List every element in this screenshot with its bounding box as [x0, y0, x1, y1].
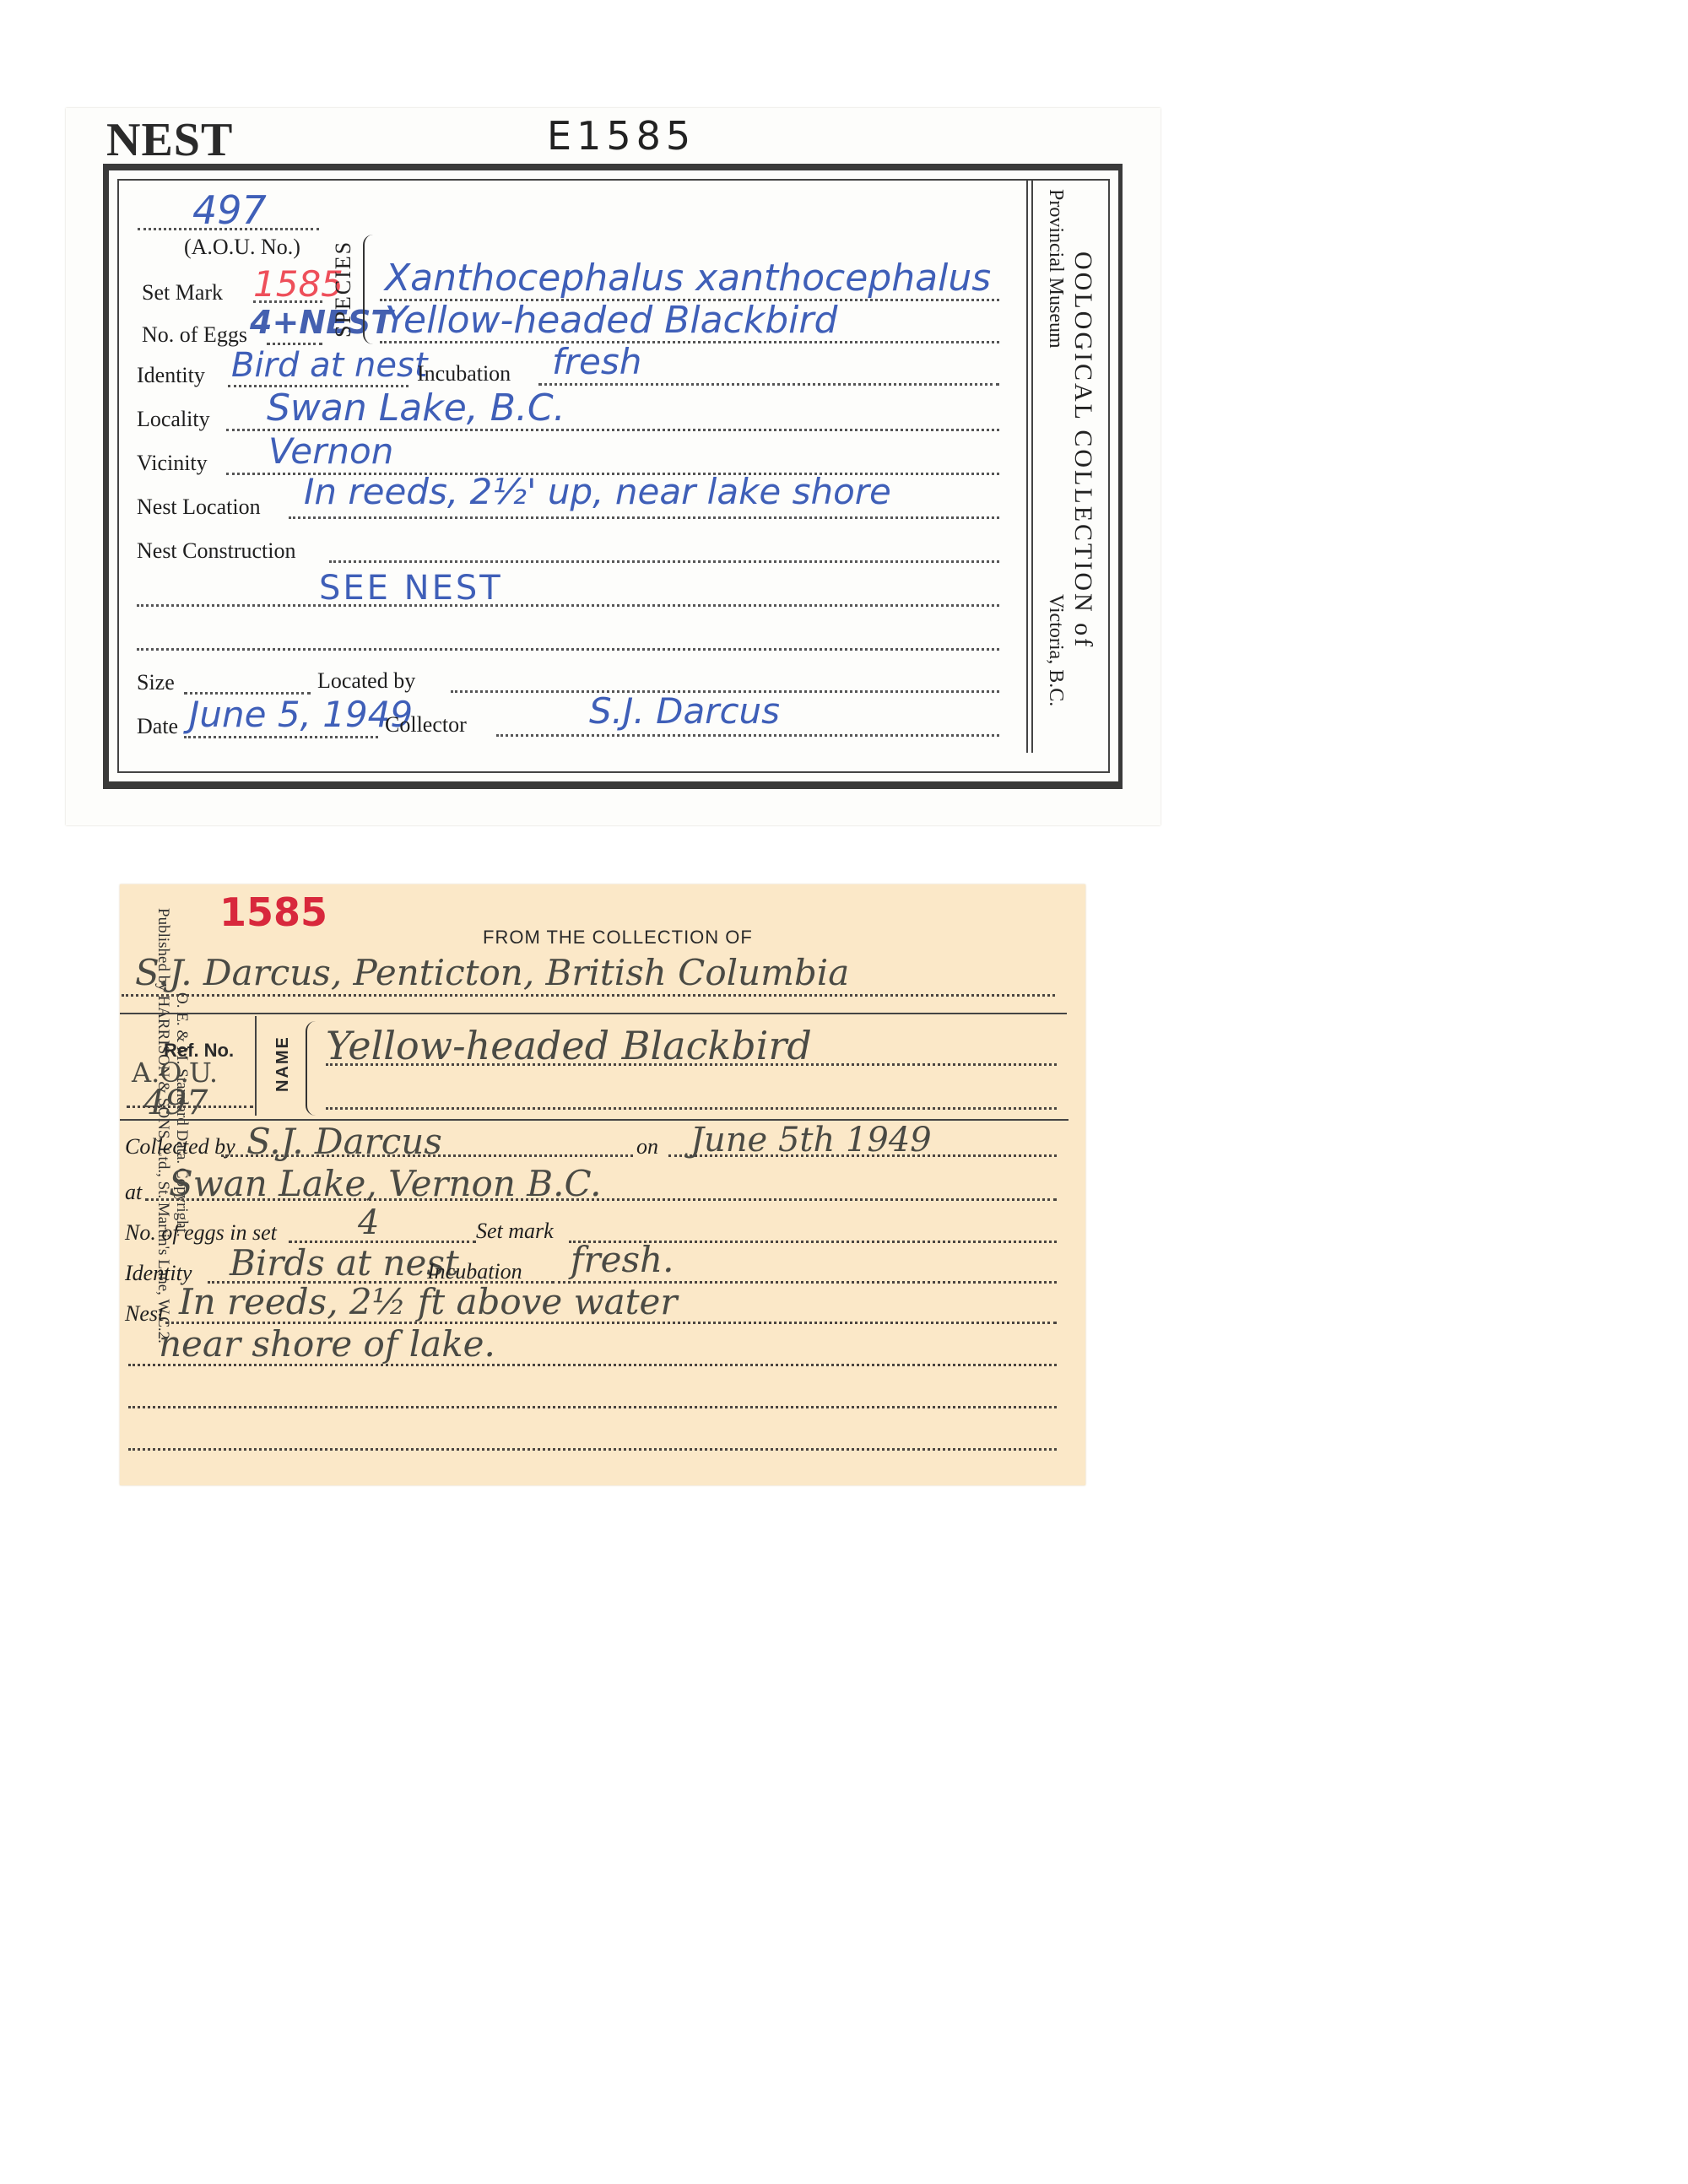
incubation-line [538, 383, 999, 386]
eggs-in-set-value: 4 [358, 1203, 379, 1242]
card-title: NEST [106, 113, 233, 167]
side-collection-title: OOLOGICAL COLLECTION of [1069, 251, 1097, 649]
collected-by-label: Collected by [125, 1134, 235, 1160]
blank-line-1 [137, 604, 999, 607]
species-scientific-value: Xanthocephalus xanthocephalus [385, 257, 991, 300]
side-museum-name: Provincial Museum [1044, 189, 1067, 349]
side-place: Victoria, B.C. [1044, 594, 1067, 706]
collection-owner-value: S.J. Darcus, Penticton, British Columbia [135, 952, 849, 993]
nest-location-label: Nest Location [137, 495, 261, 520]
species-brace [363, 235, 373, 344]
card2-nest-value-line1: In reeds, 2½ ft above water [179, 1281, 677, 1322]
ref-divider [255, 1016, 257, 1116]
species-common-value: Yellow-headed Blackbird [385, 299, 837, 342]
ref-line [127, 1106, 253, 1108]
card2-blank-line-1 [128, 1406, 1057, 1408]
catalog-number: E1585 [547, 113, 695, 159]
collector-line [496, 734, 999, 737]
collector-value: S.J. Darcus [589, 690, 780, 732]
card2-blank-line-2 [128, 1448, 1057, 1451]
vicinity-value: Vernon [268, 430, 393, 472]
locality-label: Locality [137, 407, 210, 432]
sidebar-divider-2 [1031, 179, 1033, 753]
set-mark-value: 1585 [253, 263, 344, 305]
ref-value: 497 [143, 1084, 208, 1122]
vicinity-label: Vicinity [137, 451, 208, 476]
card2-nest-value-line2: near shore of lake. [159, 1323, 495, 1365]
red-set-number: 1585 [219, 889, 327, 935]
name-value: Yellow-headed Blackbird [326, 1023, 812, 1068]
eggs-label: No. of Eggs [142, 322, 247, 348]
card2-incubation-value: fresh. [571, 1239, 674, 1280]
date-line [184, 736, 378, 738]
locality-value: Swan Lake, B.C. [267, 387, 565, 430]
species-line-2 [380, 341, 999, 343]
identity-value: Bird at nest [231, 346, 428, 385]
name-brace [306, 1021, 316, 1116]
name-line-2 [326, 1107, 1057, 1110]
collection-header: FROM THE COLLECTION OF [483, 927, 753, 949]
eggs-line [267, 343, 322, 345]
nest-location-value: In reeds, 2½' up, near lake shore [304, 471, 891, 512]
blank-line-2 [137, 648, 999, 651]
incubation-value: fresh [552, 341, 641, 382]
owner-rule [120, 1013, 1067, 1014]
on-value: June 5th 1949 [690, 1121, 932, 1160]
name-line-1 [326, 1063, 1057, 1066]
collected-by-value: S.J. Darcus [246, 1121, 442, 1162]
name-label: NAME [273, 1035, 293, 1092]
aou-line [138, 228, 319, 230]
collection-data-card: 1585 Published by HARRISON & SONS, Ltd.,… [120, 884, 1085, 1485]
nest-record-card: NEST E1585 497 (A.O.U. No.) Set Mark 158… [66, 108, 1160, 825]
species-label: SPECIES [331, 241, 356, 338]
nest-construction-value: SEE NEST [319, 569, 503, 608]
incubation-label: Incubation [417, 361, 511, 387]
aou-label: (A.O.U. No.) [184, 235, 300, 260]
nest-construction-line [329, 560, 999, 563]
identity-label: Identity [137, 363, 205, 388]
at-value: Swan Lake, Vernon B.C. [169, 1163, 601, 1204]
card2-identity-value: Birds at nest [230, 1242, 459, 1284]
card2-set-mark-label: Set mark [476, 1219, 554, 1244]
located-by-label: Located by [317, 668, 415, 694]
size-label: Size [137, 670, 175, 695]
aou-number-value: 497 [192, 187, 267, 233]
at-label: at [125, 1180, 142, 1205]
sidebar-divider [1026, 179, 1028, 753]
set-mark-label: Set Mark [142, 280, 223, 305]
on-label: on [636, 1134, 658, 1160]
nest-location-line [289, 516, 999, 519]
nest-construction-label: Nest Construction [137, 538, 296, 564]
collector-label: Collector [385, 712, 467, 738]
date-label: Date [137, 714, 178, 739]
owner-line [122, 994, 1055, 997]
date-value: June 5, 1949 [189, 694, 413, 735]
